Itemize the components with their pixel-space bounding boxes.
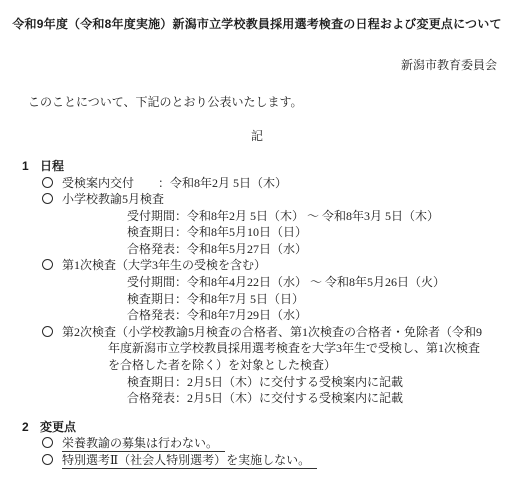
schedule-subline: 受付期間：令和8年2月 5日（木） ～ 令和8年3月 5日（木）	[127, 208, 514, 225]
schedule-item-value: ：令和8年2月 5日（木）	[158, 176, 287, 190]
circle-bullet-icon	[42, 177, 53, 188]
schedule-item-second-exam: 第2次検査（小学校教諭5月検査の合格者、第1次検査の合格者・免除者（令和9	[42, 324, 514, 341]
section-changes: 2変更点 栄養教諭の募集は行わない。 特別選考Ⅱ（社会人特別選考）を実施しない。	[0, 419, 514, 469]
schedule-item-wrapline: 年度新潟市立学校教員採用選考検査を大学3年生で受検し、第1次検査	[108, 340, 514, 357]
section-heading-label: 日程	[40, 159, 64, 173]
schedule-item-guide-distribution: 受検案内交付：令和8年2月 5日（木）	[42, 175, 514, 192]
schedule-subline: 合格発表：令和8年5月27日（水）	[127, 241, 514, 258]
section-schedule: 1日程 受検案内交付：令和8年2月 5日（木） 小学校教諭5月検査 受付期間：令…	[0, 158, 514, 407]
document-page: 令和9年度（令和8年度実施）新潟市立学校教員採用選考検査の日程および変更点につい…	[0, 0, 514, 480]
schedule-item-wrapline: を合格した者を除く）を対象とした検査）	[108, 357, 514, 374]
schedule-item-label: 小学校教諭5月検査	[62, 192, 164, 206]
change-item-label: 栄養教諭の募集は行わない。	[62, 436, 225, 452]
schedule-item-label: 第2次検査（小学校教諭5月検査の合格者、第1次検査の合格者・免除者（令和9	[62, 325, 482, 339]
schedule-item-label: 第1次検査（大学3年生の受検を含む）	[62, 258, 266, 272]
schedule-item-may-exam: 小学校教諭5月検査	[42, 191, 514, 208]
circle-bullet-icon	[42, 259, 53, 270]
schedule-subline: 検査期日：令和8年7月 5日（日）	[127, 291, 514, 308]
change-item-label: 特別選考Ⅱ（社会人特別選考）を実施しない。	[62, 453, 317, 469]
document-title: 令和9年度（令和8年度実施）新潟市立学校教員採用選考検査の日程および変更点につい…	[0, 0, 514, 32]
section-number: 2	[22, 419, 29, 436]
schedule-subline: 受付期間：令和8年4月22日（水） ～ 令和8年5月26日（火）	[127, 274, 514, 291]
intro-text: このことについて、下記のとおり公表いたします。	[28, 93, 514, 110]
schedule-item-first-exam: 第1次検査（大学3年生の受検を含む）	[42, 257, 514, 274]
section-schedule-heading: 1日程	[22, 158, 514, 175]
schedule-subline: 合格発表：2月5日（木）に交付する受検案内に記載	[127, 390, 514, 407]
change-item-nutrition-teacher: 栄養教諭の募集は行わない。	[42, 435, 514, 452]
issuing-organization: 新潟市教育委員会	[0, 56, 514, 73]
section-number: 1	[22, 158, 29, 175]
schedule-subline: 合格発表：令和8年7月29日（水）	[127, 307, 514, 324]
schedule-subline: 検査期日：2月5日（木）に交付する受検案内に記載	[127, 374, 514, 391]
section-heading-label: 変更点	[40, 420, 76, 434]
schedule-subline: 検査期日：令和8年5月10日（日）	[127, 224, 514, 241]
circle-bullet-icon	[42, 326, 53, 337]
circle-bullet-icon	[42, 193, 53, 204]
change-item-special-selection: 特別選考Ⅱ（社会人特別選考）を実施しない。	[42, 452, 514, 469]
circle-bullet-icon	[42, 454, 53, 465]
section-changes-heading: 2変更点	[22, 419, 514, 436]
schedule-item-label: 受検案内交付	[62, 175, 158, 192]
circle-bullet-icon	[42, 437, 53, 448]
record-mark: 記	[0, 127, 514, 144]
